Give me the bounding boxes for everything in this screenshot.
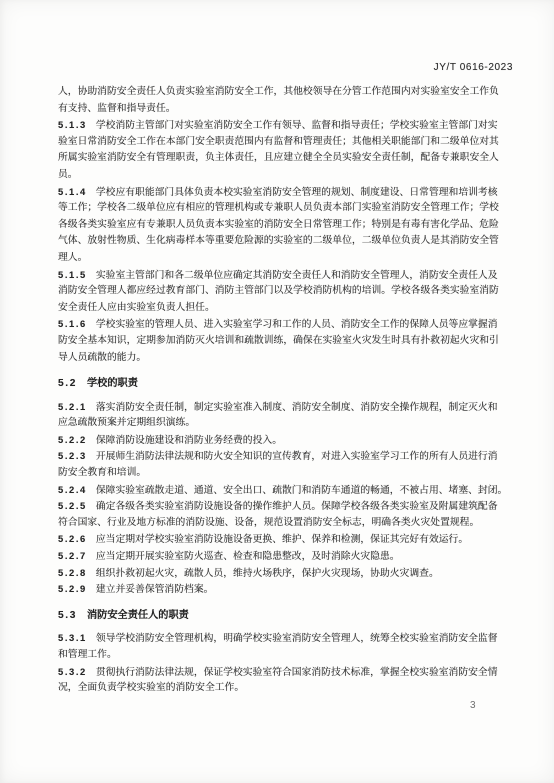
clause-number: 5.3.1 — [58, 632, 87, 643]
text-line: 5.2.4保障实验室疏散走道、通道、安全出口、疏散门和消防车通道的畅通，不被占用… — [58, 482, 498, 499]
clause-number: 5.1.5 — [58, 269, 87, 280]
text-line: 符合国家、行业及地方标准的消防设施、设备，规范设置消防安全标志，明确各类火灾处置… — [58, 515, 498, 532]
text-line: 各级各类实验室应有专兼职人员负责本实验室的消防安全日常管理工作；特别是有毒有害化… — [58, 217, 498, 234]
section-number: 5.2 — [58, 378, 77, 389]
text-line: 5.3.1领导学校消防安全管理机构，明确学校实验室消防安全管理人，统筹全校实验室… — [58, 630, 498, 647]
line-text: 学校应有职能部门具体负责本校实验室消防安全管理的规划、制度建设、日常管理和培训考… — [96, 187, 498, 198]
line-text: 防安全教育和培训。 — [58, 467, 146, 478]
text-line: 5.2.6应当定期对学校实验室消防设施设备更换、维护、保养和检测，保证其完好有效… — [58, 531, 498, 548]
text-line: 和管理工作。 — [58, 647, 498, 664]
text-line: 5.2.8组织扑救初起火灾，疏散人员，维持火场秩序，保护火灾现场，协助火灾调查。 — [58, 565, 498, 582]
clause-number: 5.1.4 — [58, 186, 87, 197]
text-line: 5.3.2贯彻执行消防法律法规，保证学校实验室符合国家消防技术标准，掌握全校实验… — [58, 664, 498, 681]
line-text: 学校实验室的管理人员、进入实验室学习和工作的人员、消防安全工作的保障人员等应掌握… — [96, 319, 498, 330]
line-text: 领导学校消防安全管理机构，明确学校实验室消防安全管理人，统筹全校实验室消防安全监… — [96, 633, 498, 644]
text-line: 验室日常消防安全工作在本部门安全职责范围内有监督和管理责任；其他相关职能部门和二… — [58, 134, 498, 151]
clause-number: 5.2.1 — [58, 401, 87, 412]
line-text: 各级各类实验室应有专兼职人员负责本实验室的消防安全日常管理工作；特别是有毒有害化… — [58, 219, 499, 230]
clause-number: 5.2.9 — [58, 583, 87, 594]
line-text: 导人员疏散的能力。 — [58, 352, 146, 363]
text-line: 人，协助消防安全责任人负责实验室消防安全工作，其他校领导在分管工作范围内对实验室… — [58, 84, 498, 101]
clause-number: 5.2.4 — [58, 484, 87, 495]
line-text: 组织扑救初起火灾，疏散人员，维持火场秩序，保护火灾现场，协助火灾调查。 — [96, 568, 439, 579]
standard-code: JY/T 0616-2023 — [434, 62, 513, 73]
text-line: 应急疏散预案并定期组织演练。 — [58, 415, 498, 432]
text-line: 安全责任人应由实验室负责人担任。 — [58, 300, 498, 317]
line-text: 员。 — [58, 169, 78, 180]
text-line: 所属实验室消防安全有管理职责，负主体责任，且应建立健全全员实验安全责任制，配备专… — [58, 150, 498, 167]
page-number: 3 — [470, 700, 476, 711]
line-text: 验室日常消防安全工作在本部门安全职责范围内有监督和管理责任；其他相关职能部门和二… — [58, 136, 499, 147]
line-text: 况，全面负责学校实验室的消防安全工作。 — [58, 682, 244, 693]
line-text: 保障消防设施建设和消防业务经费的投入。 — [96, 435, 282, 446]
line-text: 实验室主管部门和各二级单位应确定其消防安全责任人和消防安全管理人，消防安全责任人… — [96, 270, 498, 281]
line-text: 理人。 — [58, 252, 87, 263]
clause-number: 5.1.6 — [58, 318, 87, 329]
text-line: 5.1.5实验室主管部门和各二级单位应确定其消防安全责任人和消防安全管理人，消防… — [58, 267, 498, 284]
text-line: 况，全面负责学校实验室的消防安全工作。 — [58, 680, 498, 697]
text-line: 员。 — [58, 167, 498, 184]
section-heading: 5.2学校的职责 — [58, 376, 498, 393]
clause-number: 5.2.6 — [58, 533, 87, 544]
text-line: 有支持、监督和指导责任。 — [58, 101, 498, 118]
line-text: 贯彻执行消防法律法规，保证学校实验室符合国家消防技术标准，掌握全校实验室消防安全… — [96, 667, 498, 678]
line-text: 学校消防主管部门对实验室消防安全工作有领导、监督和指导责任；学校实验室主管部门对… — [96, 120, 498, 131]
clause-number: 5.3.2 — [58, 666, 87, 677]
line-text: 消防安全管理人都应经过教育部门、消防主管部门以及学校消防机构的培训。学校各级各类… — [58, 285, 499, 296]
line-text: 所属实验室消防安全有管理职责，负主体责任，且应建立健全全员实验安全责任制，配备专… — [58, 152, 499, 163]
text-line: 5.2.9建立并妥善保管消防档案。 — [58, 581, 498, 598]
text-line: 5.2.7应当定期开展实验室防火巡查、检查和隐患整改，及时消除火灾隐患。 — [58, 548, 498, 565]
clause-number: 5.2.2 — [58, 434, 87, 445]
line-text: 建立并妥善保管消防档案。 — [96, 584, 214, 595]
line-text: 符合国家、行业及地方标准的消防设施、设备，规范设置消防安全标志，明确各类火灾处置… — [58, 517, 479, 528]
clause-number: 5.2.3 — [58, 450, 87, 461]
line-text: 开展师生消防法律法规和防火安全知识的宣传教育，对进入实验室学习工作的所有人员进行… — [96, 451, 498, 462]
line-text: 有支持、监督和指导责任。 — [58, 103, 176, 114]
line-text: 应当定期对学校实验室消防设施设备更换、维护、保养和检测，保证其完好有效运行。 — [96, 534, 468, 545]
clause-number: 5.2.5 — [58, 500, 87, 511]
line-text: 防安全基本知识，定期参加消防灭火培训和疏散训练，确保在实验室火灾发生时具有扑救初… — [58, 335, 499, 346]
text-line: 5.1.3学校消防主管部门对实验室消防安全工作有领导、监督和指导责任；学校实验室… — [58, 117, 498, 134]
line-text: 学校的职责 — [87, 378, 138, 389]
line-text: 应当定期开展实验室防火巡查、检查和隐患整改，及时消除火灾隐患。 — [96, 551, 400, 562]
text-line: 消防安全管理人都应经过教育部门、消防主管部门以及学校消防机构的培训。学校各级各类… — [58, 283, 498, 300]
line-text: 落实消防安全责任制，制定实验室准入制度、消防安全制度、消防安全操作规程，制定灭火… — [96, 402, 498, 413]
text-line: 防安全基本知识，定期参加消防灭火培训和疏散训练，确保在实验室火灾发生时具有扑救初… — [58, 333, 498, 350]
line-text: 保障实验室疏散走道、通道、安全出口、疏散门和消防车通道的畅通，不被占用、堵塞、封… — [96, 485, 507, 496]
line-text: 和管理工作。 — [58, 649, 117, 660]
text-line: 5.1.6学校实验室的管理人员、进入实验室学习和工作的人员、消防安全工作的保障人… — [58, 316, 498, 333]
clause-number: 5.2.8 — [58, 567, 87, 578]
line-text: 气体、放射性物质、生化病毒样本等重要危险源的实验室的二级单位，二级单位负责人是其… — [58, 235, 499, 246]
text-line: 5.1.4学校应有职能部门具体负责本校实验室消防安全管理的规划、制度建设、日常管… — [58, 184, 498, 201]
text-line: 防安全教育和培训。 — [58, 465, 498, 482]
text-line: 气体、放射性物质、生化病毒样本等重要危险源的实验室的二级单位，二级单位负责人是其… — [58, 233, 498, 250]
text-line: 5.2.1落实消防安全责任制，制定实验室准入制度、消防安全制度、消防安全操作规程… — [58, 399, 498, 416]
line-text: 应急疏散预案并定期组织演练。 — [58, 417, 195, 428]
line-text: 安全责任人应由实验室负责人担任。 — [58, 302, 215, 313]
line-text: 确定各级各类实验室消防设施设备的操作维护人员。保障学校各级各类实验室及附属建筑配… — [96, 501, 498, 512]
text-line: 5.2.5确定各级各类实验室消防设施设备的操作维护人员。保障学校各级各类实验室及… — [58, 498, 498, 515]
text-line: 理人。 — [58, 250, 498, 267]
clause-number: 5.1.3 — [58, 119, 87, 130]
line-text: 消防安全责任人的职责 — [87, 610, 189, 621]
text-line: 5.2.3开展师生消防法律法规和防火安全知识的宣传教育，对进入实验室学习工作的所… — [58, 448, 498, 465]
line-text: 等工作；学校各二级单位应有相应的管理机构或专兼职人员负责本部门实验室消防安全管理… — [58, 202, 499, 213]
line-text: 人，协助消防安全责任人负责实验室消防安全工作，其他校领导在分管工作范围内对实验室… — [58, 86, 499, 97]
text-line: 5.2.2保障消防设施建设和消防业务经费的投入。 — [58, 432, 498, 449]
scanned-page: JY/T 0616-2023 人，协助消防安全责任人负责实验室消防安全工作，其他… — [0, 0, 554, 783]
section-heading: 5.3消防安全责任人的职责 — [58, 608, 498, 625]
text-line: 等工作；学校各二级单位应有相应的管理机构或专兼职人员负责本部门实验室消防安全管理… — [58, 200, 498, 217]
text-line: 导人员疏散的能力。 — [58, 350, 498, 367]
document-body: 人，协助消防安全责任人负责实验室消防安全工作，其他校领导在分管工作范围内对实验室… — [58, 84, 498, 697]
clause-number: 5.2.7 — [58, 550, 87, 561]
section-number: 5.3 — [58, 610, 77, 621]
